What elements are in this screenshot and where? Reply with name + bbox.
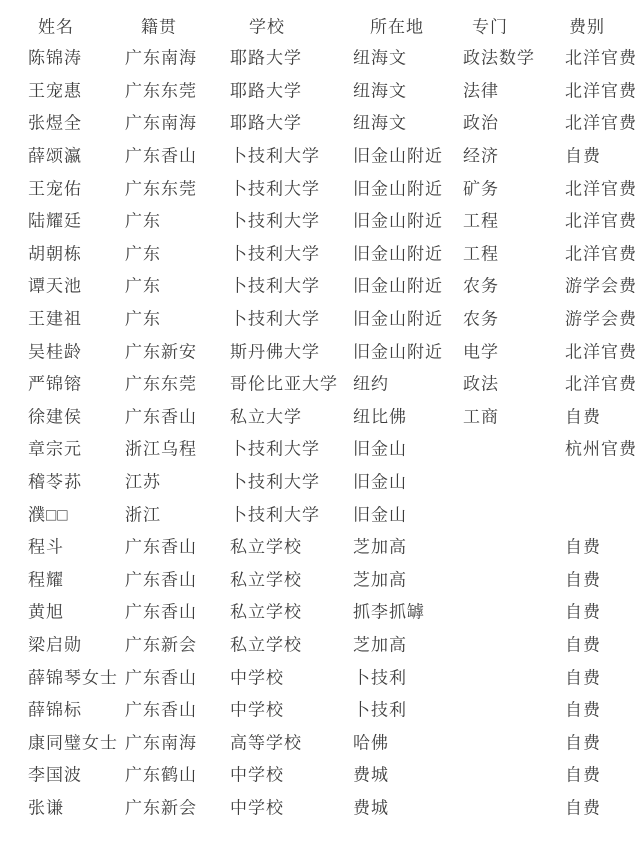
table-cell: 胡朝栋 bbox=[28, 239, 82, 264]
table-cell: 卜技利大学 bbox=[230, 142, 320, 167]
table-cell: 卜技利大学 bbox=[230, 174, 320, 199]
table-cell: 旧金山 bbox=[353, 500, 407, 525]
table-row: 张煜全广东南海耶路大学纽海文政治北洋官费 bbox=[0, 105, 644, 138]
table-cell: 吴桂龄 bbox=[28, 337, 82, 362]
table-cell: 自费 bbox=[565, 533, 601, 558]
table-cell: 旧金山附近 bbox=[353, 174, 443, 199]
table-cell: 费城 bbox=[353, 761, 389, 786]
table-row: 薛锦琴女士广东香山中学校卜技利自费 bbox=[0, 659, 644, 692]
table-cell: 广东南海 bbox=[125, 728, 197, 753]
table-cell: 自费 bbox=[565, 565, 601, 590]
column-header-location: 所在地 bbox=[370, 13, 424, 38]
table-cell: 北洋官费 bbox=[565, 174, 637, 199]
table-row: 吴桂龄广东新安斯丹佛大学旧金山附近电学北洋官费 bbox=[0, 333, 644, 366]
table-cell: 北洋官费 bbox=[565, 337, 637, 362]
table-cell: 北洋官费 bbox=[565, 109, 637, 134]
table-cell: 自费 bbox=[565, 728, 601, 753]
table-cell: 中学校 bbox=[230, 696, 284, 721]
table-cell: 私立大学 bbox=[230, 402, 302, 427]
table-cell: 旧金山附近 bbox=[353, 207, 443, 232]
table-cell: 芝加高 bbox=[353, 565, 407, 590]
table-cell: 徐建侯 bbox=[28, 402, 82, 427]
table-row: 康同璧女士广东南海高等学校哈佛自费 bbox=[0, 724, 644, 757]
table-cell: 旧金山附近 bbox=[353, 142, 443, 167]
table-cell: 自费 bbox=[565, 696, 601, 721]
table-row: 王宠佑广东东莞卜技利大学旧金山附近矿务北洋官费 bbox=[0, 170, 644, 203]
table-cell: 广东新会 bbox=[125, 793, 197, 818]
table-cell: 自费 bbox=[565, 630, 601, 655]
table-cell: 纽约 bbox=[353, 370, 389, 395]
table-cell: 政法数学 bbox=[463, 44, 535, 69]
table-cell: 旧金山附近 bbox=[353, 305, 443, 330]
table-cell: 黄旭 bbox=[28, 598, 64, 623]
column-header-fee-type: 费别 bbox=[569, 13, 605, 38]
table-row: 梁启勋广东新会私立学校芝加高自费 bbox=[0, 627, 644, 660]
table-cell: 自费 bbox=[565, 402, 601, 427]
table-cell: 自费 bbox=[565, 761, 601, 786]
table-cell: 章宗元 bbox=[28, 435, 82, 460]
table-cell: 费城 bbox=[353, 793, 389, 818]
table-cell: 政治 bbox=[463, 109, 499, 134]
table-cell: 广东香山 bbox=[125, 565, 197, 590]
table-cell: 耶路大学 bbox=[230, 44, 302, 69]
table-cell: 北洋官费 bbox=[565, 207, 637, 232]
table-cell: 卜技利大学 bbox=[230, 500, 320, 525]
column-header-native-place: 籍贯 bbox=[141, 13, 177, 38]
table-cell: 农务 bbox=[463, 272, 499, 297]
table-cell: 旧金山 bbox=[353, 435, 407, 460]
table-cell: 薛锦标 bbox=[28, 696, 82, 721]
table-cell: 北洋官费 bbox=[565, 44, 637, 69]
table-cell: 北洋官费 bbox=[565, 76, 637, 101]
table-cell: 广东香山 bbox=[125, 533, 197, 558]
table-cell: 政法 bbox=[463, 370, 499, 395]
table-cell: 广东香山 bbox=[125, 663, 197, 688]
table-cell: 薛颂瀛 bbox=[28, 142, 82, 167]
table-cell: 纽海文 bbox=[353, 44, 407, 69]
table-cell: 芝加高 bbox=[353, 533, 407, 558]
table-cell: 工商 bbox=[463, 402, 499, 427]
table-cell: 广东 bbox=[125, 239, 161, 264]
table-cell: 谭天池 bbox=[28, 272, 82, 297]
table-cell: 广东鹤山 bbox=[125, 761, 197, 786]
table-cell: 高等学校 bbox=[230, 728, 302, 753]
table-cell: 自费 bbox=[565, 142, 601, 167]
table-cell: 杭州官费 bbox=[565, 435, 637, 460]
table-row: 稽苓荪江苏卜技利大学旧金山 bbox=[0, 464, 644, 497]
table-cell: 旧金山附近 bbox=[353, 239, 443, 264]
table-cell: 程斗 bbox=[28, 533, 64, 558]
table-cell: 浙江乌程 bbox=[125, 435, 197, 460]
table-cell: 薛锦琴女士 bbox=[28, 663, 118, 688]
table-cell: 纽比佛 bbox=[353, 402, 407, 427]
table-cell: 梁启勋 bbox=[28, 630, 82, 655]
table-cell: 广东南海 bbox=[125, 44, 197, 69]
table-cell: 广东东莞 bbox=[125, 174, 197, 199]
table-cell: 广东香山 bbox=[125, 402, 197, 427]
table-cell: 濮□□ bbox=[28, 500, 69, 525]
table-cell: 自费 bbox=[565, 663, 601, 688]
table-cell: 游学会费 bbox=[565, 305, 637, 330]
table-cell: 哈佛 bbox=[353, 728, 389, 753]
table-cell: 康同璧女士 bbox=[28, 728, 118, 753]
table-cell: 王宠惠 bbox=[28, 76, 82, 101]
table-cell: 陈锦涛 bbox=[28, 44, 82, 69]
table-cell: 卜技利大学 bbox=[230, 435, 320, 460]
table-cell: 李国波 bbox=[28, 761, 82, 786]
table-cell: 广东新会 bbox=[125, 630, 197, 655]
table-cell: 矿务 bbox=[463, 174, 499, 199]
table-cell: 自费 bbox=[565, 598, 601, 623]
table-cell: 广东香山 bbox=[125, 598, 197, 623]
table-cell: 广东东莞 bbox=[125, 370, 197, 395]
table-row: 李国波广东鹤山中学校费城自费 bbox=[0, 757, 644, 790]
table-cell: 江苏 bbox=[125, 468, 161, 493]
table-row: 程耀广东香山私立学校芝加高自费 bbox=[0, 562, 644, 595]
page: 姓名 籍贯 学校 所在地 专门 费别 陈锦涛广东南海耶路大学纽海文政法数学北洋官… bbox=[0, 0, 644, 845]
table-row: 徐建侯广东香山私立大学纽比佛工商自费 bbox=[0, 399, 644, 432]
column-header-name: 姓名 bbox=[38, 13, 74, 38]
table-cell: 广东南海 bbox=[125, 109, 197, 134]
table-cell: 旧金山附近 bbox=[353, 337, 443, 362]
table-cell: 纽海文 bbox=[353, 109, 407, 134]
table-cell: 陆耀廷 bbox=[28, 207, 82, 232]
table-row: 黄旭广东香山私立学校抓李抓罅自费 bbox=[0, 594, 644, 627]
column-header-specialty: 专门 bbox=[472, 13, 508, 38]
table-cell: 卜技利 bbox=[353, 663, 407, 688]
table-cell: 王建祖 bbox=[28, 305, 82, 330]
students-table: 姓名 籍贯 学校 所在地 专门 费别 陈锦涛广东南海耶路大学纽海文政法数学北洋官… bbox=[0, 10, 644, 822]
table-cell: 张谦 bbox=[28, 793, 64, 818]
table-cell: 广东香山 bbox=[125, 696, 197, 721]
table-cell: 私立学校 bbox=[230, 565, 302, 590]
table-cell: 北洋官费 bbox=[565, 239, 637, 264]
table-cell: 卜技利 bbox=[353, 696, 407, 721]
table-cell: 王宠佑 bbox=[28, 174, 82, 199]
table-row: 章宗元浙江乌程卜技利大学旧金山杭州官费 bbox=[0, 431, 644, 464]
table-cell: 耶路大学 bbox=[230, 109, 302, 134]
table-cell: 程耀 bbox=[28, 565, 64, 590]
table-row: 薛锦标广东香山中学校卜技利自费 bbox=[0, 692, 644, 725]
table-cell: 广东 bbox=[125, 207, 161, 232]
table-cell: 广东 bbox=[125, 272, 161, 297]
table-header-row: 姓名 籍贯 学校 所在地 专门 费别 bbox=[0, 10, 644, 40]
table-cell: 电学 bbox=[463, 337, 499, 362]
table-cell: 游学会费 bbox=[565, 272, 637, 297]
table-row: 濮□□浙江卜技利大学旧金山 bbox=[0, 496, 644, 529]
table-cell: 自费 bbox=[565, 793, 601, 818]
table-cell: 广东东莞 bbox=[125, 76, 197, 101]
table-cell: 严锦镕 bbox=[28, 370, 82, 395]
table-row: 胡朝栋广东卜技利大学旧金山附近工程北洋官费 bbox=[0, 236, 644, 269]
table-cell: 卜技利大学 bbox=[230, 468, 320, 493]
table-cell: 广东 bbox=[125, 305, 161, 330]
table-cell: 中学校 bbox=[230, 761, 284, 786]
table-row: 张谦广东新会中学校费城自费 bbox=[0, 790, 644, 823]
table-cell: 工程 bbox=[463, 239, 499, 264]
table-row: 陈锦涛广东南海耶路大学纽海文政法数学北洋官费 bbox=[0, 40, 644, 73]
table-cell: 斯丹佛大学 bbox=[230, 337, 320, 362]
table-cell: 中学校 bbox=[230, 793, 284, 818]
table-cell: 广东新安 bbox=[125, 337, 197, 362]
table-cell: 卜技利大学 bbox=[230, 239, 320, 264]
table-row: 陆耀廷广东卜技利大学旧金山附近工程北洋官费 bbox=[0, 203, 644, 236]
table-row: 严锦镕广东东莞哥伦比亚大学纽约政法北洋官费 bbox=[0, 366, 644, 399]
table-cell: 稽苓荪 bbox=[28, 468, 82, 493]
table-cell: 纽海文 bbox=[353, 76, 407, 101]
table-cell: 旧金山 bbox=[353, 468, 407, 493]
table-cell: 私立学校 bbox=[230, 630, 302, 655]
table-row: 薛颂瀛广东香山卜技利大学旧金山附近经济自费 bbox=[0, 138, 644, 171]
table-cell: 哥伦比亚大学 bbox=[230, 370, 338, 395]
table-row: 王宠惠广东东莞耶路大学纽海文法律北洋官费 bbox=[0, 73, 644, 106]
table-cell: 工程 bbox=[463, 207, 499, 232]
table-cell: 芝加高 bbox=[353, 630, 407, 655]
table-cell: 中学校 bbox=[230, 663, 284, 688]
table-cell: 农务 bbox=[463, 305, 499, 330]
table-cell: 耶路大学 bbox=[230, 76, 302, 101]
table-cell: 抓李抓罅 bbox=[353, 598, 425, 623]
table-cell: 张煜全 bbox=[28, 109, 82, 134]
table-cell: 私立学校 bbox=[230, 598, 302, 623]
column-header-school: 学校 bbox=[249, 13, 285, 38]
table-cell: 卜技利大学 bbox=[230, 272, 320, 297]
table-cell: 浙江 bbox=[125, 500, 161, 525]
table-cell: 广东香山 bbox=[125, 142, 197, 167]
table-row: 王建祖广东卜技利大学旧金山附近农务游学会费 bbox=[0, 301, 644, 334]
table-cell: 私立学校 bbox=[230, 533, 302, 558]
table-cell: 旧金山附近 bbox=[353, 272, 443, 297]
table-cell: 卜技利大学 bbox=[230, 207, 320, 232]
table-cell: 经济 bbox=[463, 142, 499, 167]
table-cell: 法律 bbox=[463, 76, 499, 101]
table-cell: 北洋官费 bbox=[565, 370, 637, 395]
table-cell: 卜技利大学 bbox=[230, 305, 320, 330]
table-row: 谭天池广东卜技利大学旧金山附近农务游学会费 bbox=[0, 268, 644, 301]
table-row: 程斗广东香山私立学校芝加高自费 bbox=[0, 529, 644, 562]
